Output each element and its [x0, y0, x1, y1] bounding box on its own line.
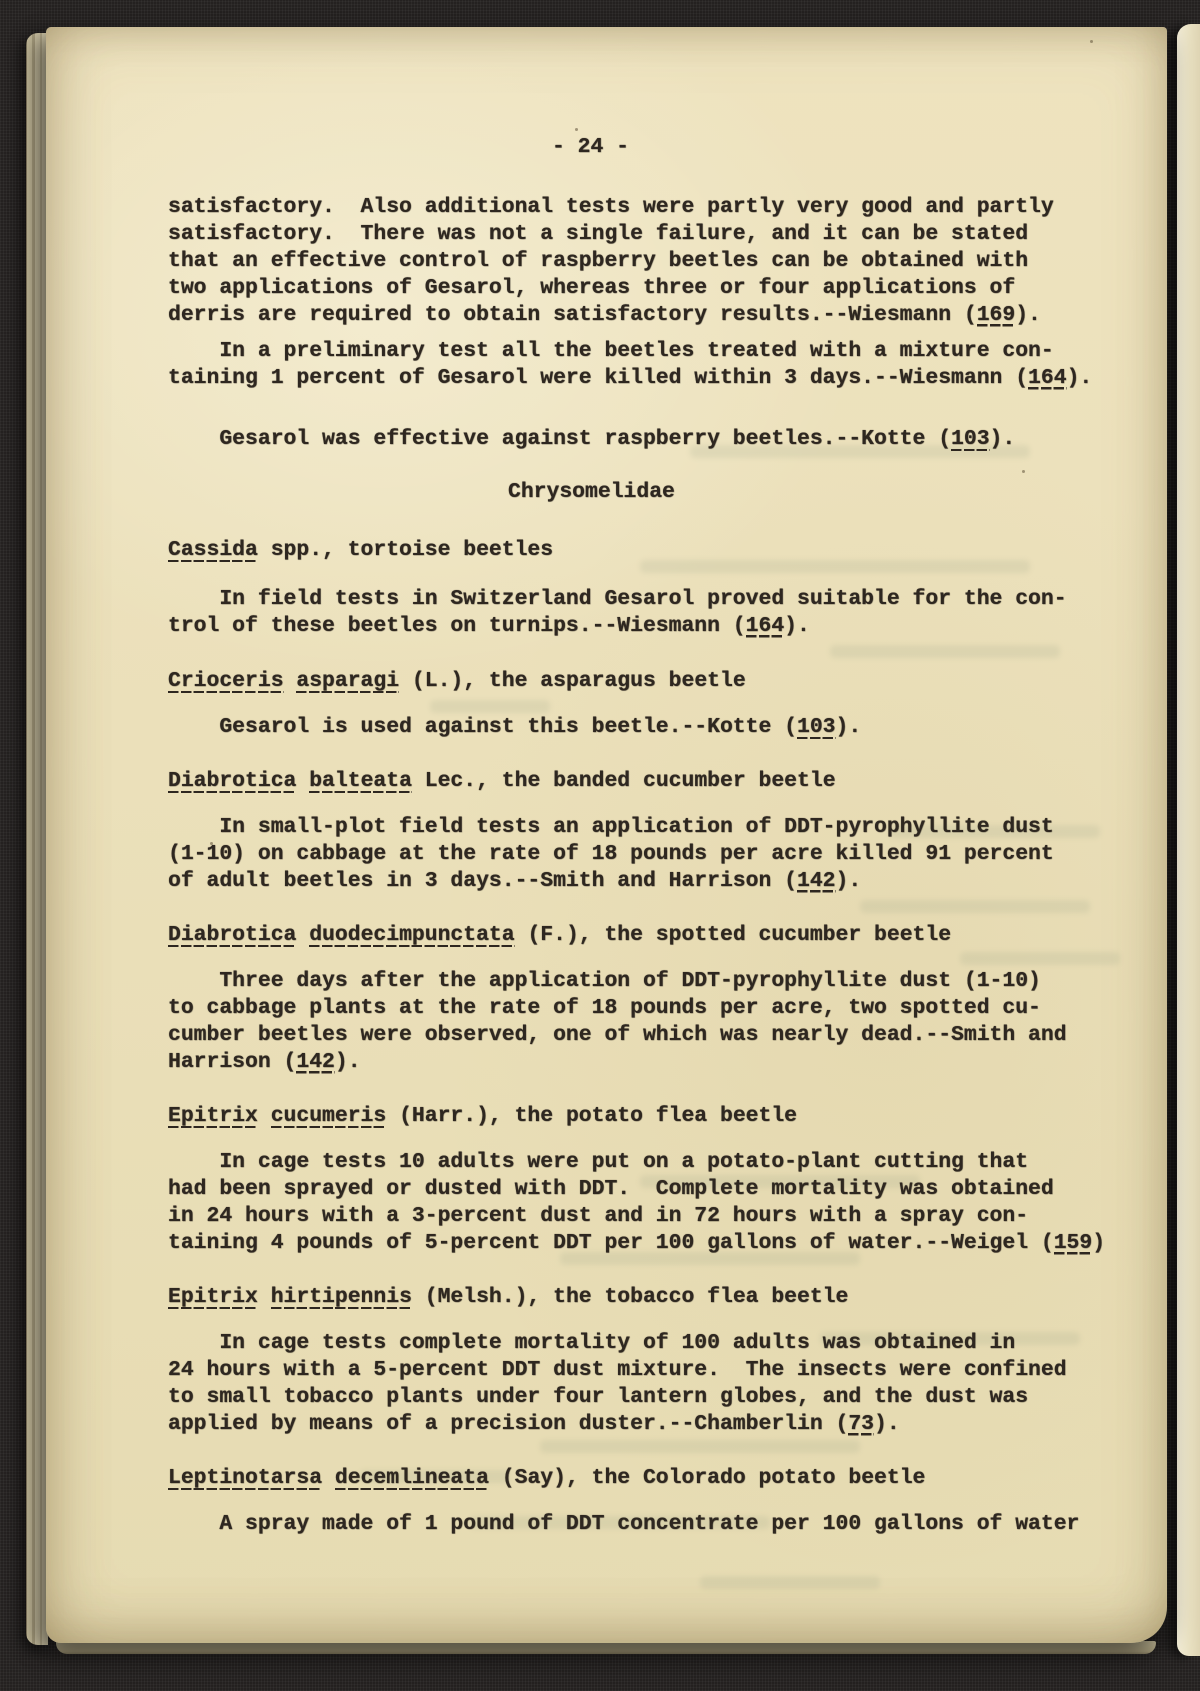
text-line: had been sprayed or dusted with DDT. Com…	[168, 1176, 1105, 1203]
typed-text: - 24 -satisfactory. Also additional test…	[0, 0, 1200, 1691]
book-scan-scene: - 24 -satisfactory. Also additional test…	[0, 0, 1200, 1691]
underlined-text: 142	[797, 869, 836, 893]
underlined-text: Epitrix	[168, 1285, 258, 1309]
page-number: - 24 -	[552, 134, 629, 161]
paragraph-gesarol-effective: Gesarol was effective against raspberry …	[168, 426, 1015, 453]
text-segment: (Harr.), the potato flea beetle	[386, 1104, 797, 1128]
underlined-text: Leptinotarsa	[168, 1466, 322, 1490]
text-line: In small-plot field tests an application…	[168, 814, 1054, 841]
paragraph-diabrotica-balteata: In small-plot field tests an application…	[168, 814, 1054, 895]
text-segment: Harrison (	[168, 1050, 296, 1074]
underlined-text: 103	[797, 715, 836, 739]
text-segment: Gesarol was effective against raspberry …	[168, 427, 951, 451]
text-segment: ).	[836, 869, 862, 893]
text-segment: of adult beetles in 3 days.--Smith and H…	[168, 869, 797, 893]
paragraph-preliminary-test: In a preliminary test all the beetles tr…	[168, 338, 1092, 392]
text-segment: applied by means of a precision duster.-…	[168, 1412, 848, 1436]
text-line: Crioceris asparagi (L.), the asparagus b…	[168, 668, 746, 695]
text-segment: taining 4 pounds of 5-percent DDT per 10…	[168, 1231, 1054, 1255]
text-segment	[296, 923, 309, 947]
text-segment	[258, 1285, 271, 1309]
text-line: that an effective control of raspberry b…	[168, 248, 1054, 275]
text-line: trol of these beetles on turnips.--Wiesm…	[168, 613, 1067, 640]
text-line: In cage tests complete mortality of 100 …	[168, 1330, 1067, 1357]
text-line: taining 1 percent of Gesarol were killed…	[168, 365, 1092, 392]
text-line: Epitrix hirtipennis (Melsh.), the tobacc…	[168, 1284, 848, 1311]
text-segment: derris are required to obtain satisfacto…	[168, 303, 977, 327]
text-segment: ).	[1067, 366, 1093, 390]
text-line: Diabrotica duodecimpunctata (F.), the sp…	[168, 922, 951, 949]
text-line: Epitrix cucumeris (Harr.), the potato fl…	[168, 1103, 797, 1130]
text-line: 24 hours with a 5-percent DDT dust mixtu…	[168, 1357, 1067, 1384]
text-segment: (F.), the spotted cucumber beetle	[515, 923, 951, 947]
species-heading-crioceris-asparagi: Crioceris asparagi (L.), the asparagus b…	[168, 668, 746, 695]
text-segment: (Melsh.), the tobacco flea beetle	[412, 1285, 848, 1309]
text-segment: Gesarol is used against this beetle.--Ko…	[168, 715, 797, 739]
text-line: (1-10) on cabbage at the rate of 18 poun…	[168, 841, 1054, 868]
text-segment: trol of these beetles on turnips.--Wiesm…	[168, 614, 746, 638]
underlined-text: 103	[951, 427, 990, 451]
species-heading-leptinotarsa-decemlineata: Leptinotarsa decemlineata (Say), the Col…	[168, 1465, 925, 1492]
underlined-text: decemlineata	[335, 1466, 489, 1490]
paragraph-diabrotica-duodecimpunctata: Three days after the application of DDT-…	[168, 968, 1067, 1076]
underlined-text: hirtipennis	[271, 1285, 412, 1309]
text-line: to cabbage plants at the rate of 18 poun…	[168, 995, 1067, 1022]
paragraph-cassida: In field tests in Switzerland Gesarol pr…	[168, 586, 1067, 640]
paragraph-epitrix-cucumeris: In cage tests 10 adults were put on a po…	[168, 1149, 1105, 1257]
text-line: Diabrotica balteata Lec., the banded cuc…	[168, 768, 836, 795]
text-line: Chrysomelidae	[508, 479, 675, 506]
text-line: - 24 -	[552, 134, 629, 161]
underlined-text: 169	[977, 303, 1016, 327]
species-heading-diabrotica-balteata: Diabrotica balteata Lec., the banded cuc…	[168, 768, 836, 795]
text-line: Gesarol was effective against raspberry …	[168, 426, 1015, 453]
underlined-text: 73	[848, 1412, 874, 1436]
text-segment: ).	[784, 614, 810, 638]
text-segment	[258, 1104, 271, 1128]
text-line: A spray made of 1 pound of DDT concentra…	[168, 1511, 1079, 1538]
text-segment: ).	[836, 715, 862, 739]
text-segment: taining 1 percent of Gesarol were killed…	[168, 366, 1028, 390]
underlined-text: Diabrotica	[168, 923, 296, 947]
underlined-text: Cassida	[168, 538, 258, 562]
text-line: Harrison (142).	[168, 1049, 1067, 1076]
text-segment: ).	[990, 427, 1016, 451]
text-line: Cassida spp., tortoise beetles	[168, 537, 553, 564]
text-segment	[322, 1466, 335, 1490]
underlined-text: 159	[1054, 1231, 1093, 1255]
text-line: In field tests in Switzerland Gesarol pr…	[168, 586, 1067, 613]
text-line: applied by means of a precision duster.-…	[168, 1411, 1067, 1438]
text-segment: Lec., the banded cucumber beetle	[412, 769, 836, 793]
paragraph-continued-from-previous-page: satisfactory. Also additional tests were…	[168, 194, 1054, 329]
underlined-text: duodecimpunctata	[309, 923, 514, 947]
text-segment: ).	[335, 1050, 361, 1074]
species-heading-diabrotica-duodecimpunctata: Diabrotica duodecimpunctata (F.), the sp…	[168, 922, 951, 949]
text-line: derris are required to obtain satisfacto…	[168, 302, 1054, 329]
underlined-text: asparagi	[296, 669, 399, 693]
text-segment	[296, 769, 309, 793]
text-line: In cage tests 10 adults were put on a po…	[168, 1149, 1105, 1176]
text-segment: (Say), the Colorado potato beetle	[489, 1466, 925, 1490]
text-line: cumber beetles were observed, one of whi…	[168, 1022, 1067, 1049]
text-line: Gesarol is used against this beetle.--Ko…	[168, 714, 861, 741]
text-line: two applications of Gesarol, whereas thr…	[168, 275, 1054, 302]
text-segment: )	[1092, 1231, 1105, 1255]
species-heading-epitrix-cucumeris: Epitrix cucumeris (Harr.), the potato fl…	[168, 1103, 797, 1130]
text-line: Leptinotarsa decemlineata (Say), the Col…	[168, 1465, 925, 1492]
text-line: in 24 hours with a 3-percent dust and in…	[168, 1203, 1105, 1230]
paragraph-leptinotarsa-decemlineata: A spray made of 1 pound of DDT concentra…	[168, 1511, 1079, 1538]
underlined-text: Crioceris	[168, 669, 284, 693]
text-segment: spp., tortoise beetles	[258, 538, 553, 562]
species-heading-cassida: Cassida spp., tortoise beetles	[168, 537, 553, 564]
underlined-text: 164	[1028, 366, 1067, 390]
underlined-text: 164	[746, 614, 785, 638]
text-segment: ).	[1015, 303, 1041, 327]
underlined-text: balteata	[309, 769, 412, 793]
text-line: taining 4 pounds of 5-percent DDT per 10…	[168, 1230, 1105, 1257]
species-heading-epitrix-hirtipennis: Epitrix hirtipennis (Melsh.), the tobacc…	[168, 1284, 848, 1311]
text-segment	[284, 669, 297, 693]
text-segment: ).	[874, 1412, 900, 1436]
text-line: of adult beetles in 3 days.--Smith and H…	[168, 868, 1054, 895]
family-heading: Chrysomelidae	[508, 479, 675, 506]
text-line: satisfactory. Also additional tests were…	[168, 194, 1054, 221]
paragraph-crioceris-asparagi: Gesarol is used against this beetle.--Ko…	[168, 714, 861, 741]
paragraph-epitrix-hirtipennis: In cage tests complete mortality of 100 …	[168, 1330, 1067, 1438]
underlined-text: 142	[296, 1050, 335, 1074]
underlined-text: Epitrix	[168, 1104, 258, 1128]
text-line: satisfactory. There was not a single fai…	[168, 221, 1054, 248]
text-line: In a preliminary test all the beetles tr…	[168, 338, 1092, 365]
text-line: Three days after the application of DDT-…	[168, 968, 1067, 995]
text-segment: (L.), the asparagus beetle	[399, 669, 746, 693]
underlined-text: cucumeris	[271, 1104, 387, 1128]
text-line: to small tobacco plants under four lante…	[168, 1384, 1067, 1411]
underlined-text: Diabrotica	[168, 769, 296, 793]
